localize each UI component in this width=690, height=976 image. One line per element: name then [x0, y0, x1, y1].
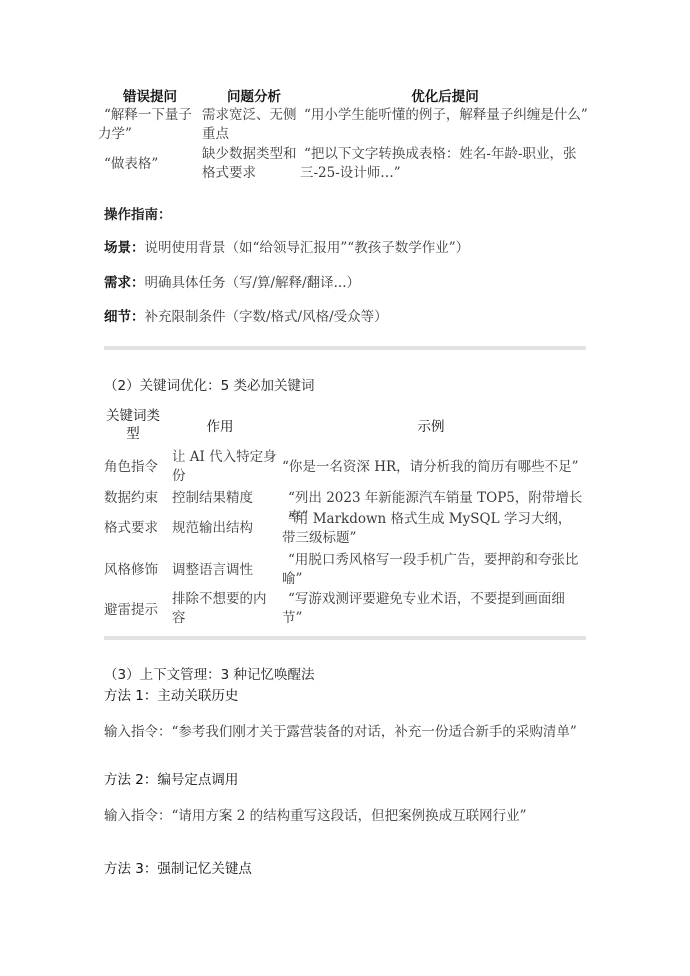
table-header: 关键词类型 — [100, 407, 166, 443]
table-cell: 让 AI 代入特定身份 — [172, 448, 284, 486]
guide-item-label: 细节： — [104, 309, 145, 325]
table-cell: 需求宽泛、无侧重点 — [202, 106, 302, 144]
section-title: （3）上下文管理：3 种记忆唤醒法 — [104, 663, 314, 683]
table-cell: 缺少数据类型和格式要求 — [202, 145, 302, 183]
table-cell: 控制结果精度 — [172, 489, 284, 508]
table-cell: 数据约束 — [104, 489, 170, 508]
method-title: 方法 1：主动关联历史 — [104, 684, 238, 704]
guide-item-label: 需求： — [104, 275, 145, 291]
table-cell: “你是一名资深 HR，请分析我的简历有哪些不足” — [282, 458, 592, 477]
table-cell: 排除不想要的内容 — [172, 590, 272, 628]
method-title: 方法 2：编号定点调用 — [104, 768, 238, 788]
section-title: （2）关键词优化：5 类必加关键词 — [104, 374, 314, 394]
method-instruction: 输入指令：“请用方案 2 的结构重写这段话，但把案例换成互联网行业” — [104, 804, 526, 824]
table-cell: 风格修饰 — [104, 561, 170, 580]
table-header: 优化后提问 — [304, 88, 586, 106]
table-cell: “解释一下量子力学” — [98, 106, 200, 144]
table-cell: “用 Markdown 格式生成 MySQL 学习大纲，带三级标题” — [282, 510, 582, 548]
table-header: 问题分析 — [208, 88, 300, 106]
guide-item-text: 明确具体任务（写/算/解释/翻译...） — [145, 275, 361, 291]
table-cell: 格式要求 — [104, 519, 170, 538]
table-cell: “做表格” — [104, 155, 200, 174]
divider — [104, 346, 586, 350]
guide-item: 场景：说明使用背景（如“给领导汇报用”“教孩子数学作业”） — [104, 236, 469, 256]
table-cell: 避雷提示 — [104, 601, 170, 620]
table-header: 示例 — [276, 418, 586, 436]
guide-item-text: 说明使用背景（如“给领导汇报用”“教孩子数学作业”） — [145, 240, 470, 256]
guide-item: 细节：补充限制条件（字数/格式/风格/受众等） — [104, 305, 388, 325]
table-cell: “把以下文字转换成表格：姓名-年龄-职业，张三-25-设计师…” — [300, 145, 590, 183]
method-title: 方法 3：强制记忆关键点 — [104, 857, 252, 877]
table-cell: “用小学生能听懂的例子，解释量子纠缠是什么” — [300, 106, 590, 125]
table-header: 作用 — [170, 418, 270, 436]
guide-item-text: 补充限制条件（字数/格式/风格/受众等） — [145, 309, 388, 325]
table-cell: 规范输出结构 — [172, 519, 284, 538]
method-instruction: 输入指令：“参考我们刚才关于露营装备的对话，补充一份适合新手的采购清单” — [104, 720, 577, 740]
divider — [104, 636, 586, 640]
guide-item: 需求：明确具体任务（写/算/解释/翻译...） — [104, 271, 360, 291]
guide-title: 操作指南： — [104, 203, 172, 223]
table-cell: “写游戏测评要避免专业术语，不要提到画面细节” — [282, 590, 572, 628]
guide-item-label: 场景： — [104, 240, 145, 256]
table-cell: “用脱口秀风格写一段手机广告，要押韵和夸张比喻” — [282, 551, 582, 589]
table-cell: 角色指令 — [104, 458, 170, 477]
table-cell: 调整语言调性 — [172, 561, 284, 580]
table-header: 错误提问 — [114, 88, 186, 106]
